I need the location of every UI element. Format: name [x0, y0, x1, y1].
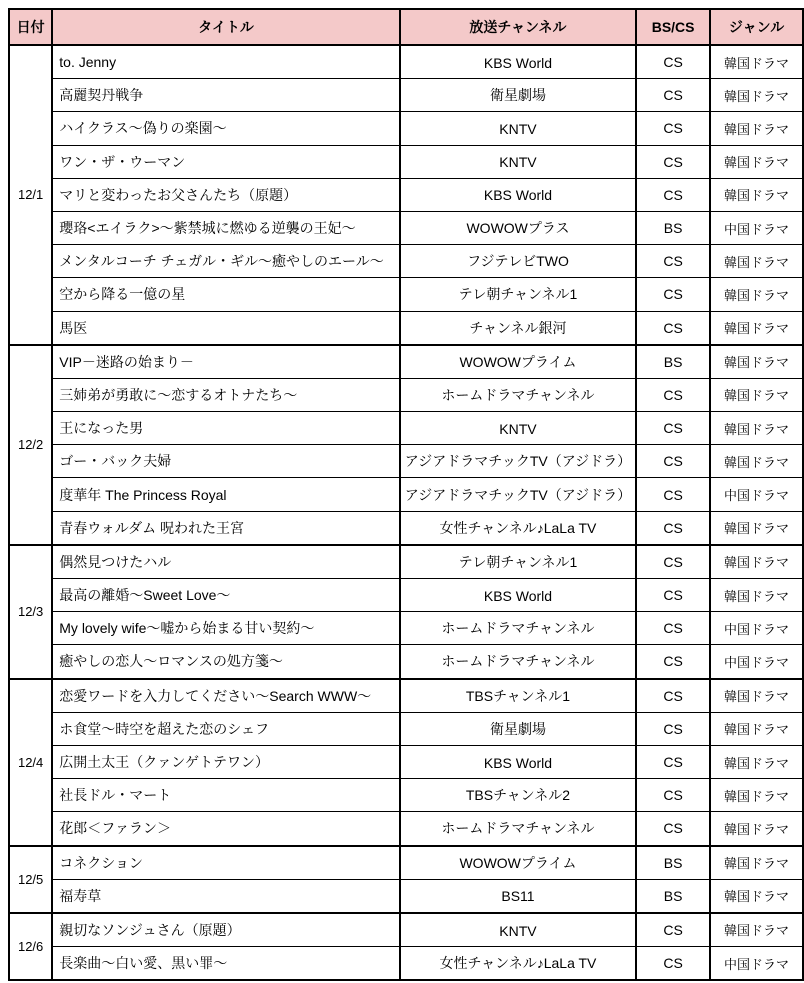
channel-cell: KBS World [400, 178, 636, 211]
title-cell: ワン・ザ・ウーマン [52, 145, 400, 178]
genre-cell: 韓国ドラマ [710, 545, 803, 579]
bscs-cell: BS [636, 211, 710, 244]
title-cell: 親切なソンジュさん（原題） [52, 913, 400, 947]
title-cell: 青春ウォルダム 呪われた王宮 [52, 511, 400, 545]
channel-name: KNTV [499, 421, 536, 437]
bscs-cell: CS [636, 145, 710, 178]
channel-name: ホームドラマチャンネル [441, 651, 594, 671]
table-row: 最高の離婚～Sweet Love～KBS WorldCS韓国ドラマ [9, 579, 803, 612]
channel-cell: KBS World [400, 579, 636, 612]
table-row: 馬医チャンネル銀河CS韓国ドラマ [9, 311, 803, 345]
channel-cell: KNTV [400, 913, 636, 947]
genre-cell: 中国ドラマ [710, 211, 803, 244]
channel-name: KNTV [499, 121, 536, 137]
channel-name: 女性チャンネル♪LaLa TV [440, 953, 597, 973]
page: 日付 タイトル 放送チャンネル BS/CS ジャンル 12/1to. Jenny… [8, 8, 804, 981]
title-cell: 馬医 [52, 311, 400, 345]
bscs-cell: CS [636, 745, 710, 778]
genre-cell: 韓国ドラマ [710, 511, 803, 545]
title-cell: 恋愛ワードを入力してください～Search WWW～ [52, 679, 400, 713]
table-row: 社長ドル・マートTBSチャンネル2CS韓国ドラマ [9, 779, 803, 812]
channel-cell: KNTV [400, 112, 636, 145]
genre-cell: 韓国ドラマ [710, 79, 803, 112]
title-cell: 三姉弟が勇敢に～恋するオトナたち～ [52, 378, 400, 411]
bscs-cell: CS [636, 679, 710, 713]
title-cell: 高麗契丹戦争 [52, 79, 400, 112]
table-body: 12/1to. JennyKBS WorldCS韓国ドラマ高麗契丹戦争衛星劇場C… [9, 45, 803, 980]
table-row: 福寿草BS11BS韓国ドラマ [9, 879, 803, 913]
bscs-cell: CS [636, 445, 710, 478]
bscs-cell: CS [636, 412, 710, 445]
table-row: ワン・ザ・ウーマンKNTVCS韓国ドラマ [9, 145, 803, 178]
channel-cell: WOWOWプライム [400, 345, 636, 379]
date-cell: 12/4 [9, 679, 52, 846]
channel-cell: チャンネル銀河 [400, 311, 636, 345]
bscs-cell: CS [636, 178, 710, 211]
bscs-cell: BS [636, 879, 710, 913]
table-row: 癒やしの恋人～ロマンスの処方箋～ホームドラマチャンネルCS中国ドラマ [9, 645, 803, 679]
table-row: ハイクラス～偽りの楽園～KNTVCS韓国ドラマ [9, 112, 803, 145]
channel-name: KNTV [499, 923, 536, 939]
date-cell: 12/6 [9, 913, 52, 980]
channel-name: WOWOWプラス [466, 218, 569, 238]
table-row: 12/4恋愛ワードを入力してください～Search WWW～TBSチャンネル1C… [9, 679, 803, 713]
title-cell: 偶然見つけたハル [52, 545, 400, 579]
channel-cell: フジテレビTWO [400, 245, 636, 278]
table-row: 12/3偶然見つけたハルテレ朝チャンネル1CS韓国ドラマ [9, 545, 803, 579]
title-cell: 花郎＜ファラン＞ [52, 812, 400, 846]
title-cell: to. Jenny [52, 45, 400, 79]
title-cell: VIP－迷路の始まり－ [52, 345, 400, 379]
table-row: 王になった男KNTVCS韓国ドラマ [9, 412, 803, 445]
genre-cell: 韓国ドラマ [710, 445, 803, 478]
title-cell: 最高の離婚～Sweet Love～ [52, 579, 400, 612]
genre-cell: 韓国ドラマ [710, 345, 803, 379]
genre-cell: 韓国ドラマ [710, 311, 803, 345]
date-cell: 12/1 [9, 45, 52, 345]
channel-name: 衛星劇場 [490, 85, 546, 105]
genre-cell: 韓国ドラマ [710, 745, 803, 778]
channel-name: フジテレビTWO [467, 251, 569, 271]
bscs-cell: BS [636, 345, 710, 379]
header-date: 日付 [9, 9, 52, 45]
bscs-cell: BS [636, 846, 710, 880]
bscs-cell: CS [636, 812, 710, 846]
table-row: 青春ウォルダム 呪われた王宮女性チャンネル♪LaLa TVCS韓国ドラマ [9, 511, 803, 545]
genre-cell: 韓国ドラマ [710, 812, 803, 846]
channel-cell: WOWOWプライム [400, 846, 636, 880]
bscs-cell: CS [636, 579, 710, 612]
genre-cell: 韓国ドラマ [710, 679, 803, 713]
channel-cell: KBS World [400, 45, 636, 79]
genre-cell: 韓国ドラマ [710, 779, 803, 812]
channel-cell: TBSチャンネル2 [400, 779, 636, 812]
channel-name: TBSチャンネル2 [466, 785, 570, 805]
channel-cell: ホームドラマチャンネル [400, 378, 636, 411]
table-row: 長楽曲～白い愛、黒い罪～女性チャンネル♪LaLa TVCS中国ドラマ [9, 947, 803, 981]
channel-name: テレ朝チャンネル1 [459, 552, 578, 572]
bscs-cell: CS [636, 478, 710, 511]
title-cell: 社長ドル・マート [52, 779, 400, 812]
date-cell: 12/3 [9, 545, 52, 679]
channel-cell: 衛星劇場 [400, 712, 636, 745]
table-row: 12/2VIP－迷路の始まり－WOWOWプライムBS韓国ドラマ [9, 345, 803, 379]
genre-cell: 韓国ドラマ [710, 913, 803, 947]
date-cell: 12/2 [9, 345, 52, 545]
channel-name: ホームドラマチャンネル [441, 385, 594, 405]
table-row: 三姉弟が勇敢に～恋するオトナたち～ホームドラマチャンネルCS韓国ドラマ [9, 378, 803, 411]
channel-name: TBSチャンネル1 [466, 686, 570, 706]
bscs-cell: CS [636, 779, 710, 812]
channel-cell: アジアドラマチックTV（アジドラ） [400, 445, 636, 478]
channel-name: 衛星劇場 [490, 719, 546, 739]
header-row: 日付 タイトル 放送チャンネル BS/CS ジャンル [9, 9, 803, 45]
genre-cell: 中国ドラマ [710, 478, 803, 511]
channel-cell: 女性チャンネル♪LaLa TV [400, 511, 636, 545]
channel-cell: アジアドラマチックTV（アジドラ） [400, 478, 636, 511]
genre-cell: 韓国ドラマ [710, 278, 803, 311]
table-row: 広開土太王（クァンゲトテワン）KBS WorldCS韓国ドラマ [9, 745, 803, 778]
genre-cell: 韓国ドラマ [710, 112, 803, 145]
table-row: My lovely wife～嘘から始まる甘い契約～ホームドラマチャンネルCS中… [9, 612, 803, 645]
bscs-cell: CS [636, 947, 710, 981]
table-row: 花郎＜ファラン＞ホームドラマチャンネルCS韓国ドラマ [9, 812, 803, 846]
header-bscs: BS/CS [636, 9, 710, 45]
bscs-cell: CS [636, 245, 710, 278]
channel-cell: 衛星劇場 [400, 79, 636, 112]
channel-cell: ホームドラマチャンネル [400, 812, 636, 846]
table-row: 12/6親切なソンジュさん（原題）KNTVCS韓国ドラマ [9, 913, 803, 947]
table-row: 空から降る一億の星テレ朝チャンネル1CS韓国ドラマ [9, 278, 803, 311]
table-row: ホ食堂～時空を超えた恋のシェフ衛星劇場CS韓国ドラマ [9, 712, 803, 745]
title-cell: 空から降る一億の星 [52, 278, 400, 311]
drama-schedule-table: 日付 タイトル 放送チャンネル BS/CS ジャンル 12/1to. Jenny… [8, 8, 804, 981]
bscs-cell: CS [636, 378, 710, 411]
table-row: 度華年 The Princess RoyalアジアドラマチックTV（アジドラ）C… [9, 478, 803, 511]
table-row: メンタルコーチ チェガル・ギル～癒やしのエール～フジテレビTWOCS韓国ドラマ [9, 245, 803, 278]
title-cell: コネクション [52, 846, 400, 880]
header-title: タイトル [52, 9, 400, 45]
genre-cell: 韓国ドラマ [710, 145, 803, 178]
genre-cell: 中国ドラマ [710, 612, 803, 645]
genre-cell: 韓国ドラマ [710, 412, 803, 445]
channel-name: KBS World [484, 588, 552, 604]
channel-name: WOWOWプライム [459, 853, 576, 873]
bscs-cell: CS [636, 278, 710, 311]
bscs-cell: CS [636, 712, 710, 745]
bscs-cell: CS [636, 545, 710, 579]
table-row: 12/1to. JennyKBS WorldCS韓国ドラマ [9, 45, 803, 79]
title-cell: 癒やしの恋人～ロマンスの処方箋～ [52, 645, 400, 679]
genre-cell: 韓国ドラマ [710, 846, 803, 880]
genre-cell: 韓国ドラマ [710, 579, 803, 612]
channel-cell: WOWOWプラス [400, 211, 636, 244]
channel-cell: テレ朝チャンネル1 [400, 278, 636, 311]
title-cell: ハイクラス～偽りの楽園～ [52, 112, 400, 145]
table-row: ゴー・バック夫婦アジアドラマチックTV（アジドラ）CS韓国ドラマ [9, 445, 803, 478]
title-cell: 広開土太王（クァンゲトテワン） [52, 745, 400, 778]
title-cell: 福寿草 [52, 879, 400, 913]
bscs-cell: CS [636, 311, 710, 345]
genre-cell: 韓国ドラマ [710, 178, 803, 211]
channel-name: KNTV [499, 154, 536, 170]
channel-name: テレ朝チャンネル1 [459, 284, 578, 304]
table-row: 瓔珞<エイラク>～紫禁城に燃ゆる逆襲の王妃～WOWOWプラスBS中国ドラマ [9, 211, 803, 244]
channel-name: KBS World [484, 55, 552, 71]
channel-name: ホームドラマチャンネル [441, 618, 594, 638]
channel-cell: TBSチャンネル1 [400, 679, 636, 713]
bscs-cell: CS [636, 645, 710, 679]
genre-cell: 韓国ドラマ [710, 879, 803, 913]
bscs-cell: CS [636, 45, 710, 79]
genre-cell: 韓国ドラマ [710, 712, 803, 745]
title-cell: ホ食堂～時空を超えた恋のシェフ [52, 712, 400, 745]
genre-cell: 韓国ドラマ [710, 245, 803, 278]
channel-name: アジアドラマチックTV（アジドラ） [405, 451, 631, 471]
title-cell: マリと変わったお父さんたち（原題） [52, 178, 400, 211]
channel-cell: テレ朝チャンネル1 [400, 545, 636, 579]
channel-name: チャンネル銀河 [469, 318, 566, 338]
header-channel: 放送チャンネル [400, 9, 636, 45]
channel-name: アジアドラマチックTV（アジドラ） [405, 485, 631, 505]
channel-cell: ホームドラマチャンネル [400, 645, 636, 679]
genre-cell: 中国ドラマ [710, 947, 803, 981]
bscs-cell: CS [636, 913, 710, 947]
bscs-cell: CS [636, 79, 710, 112]
bscs-cell: CS [636, 511, 710, 545]
title-cell: ゴー・バック夫婦 [52, 445, 400, 478]
channel-cell: KNTV [400, 145, 636, 178]
channel-cell: ホームドラマチャンネル [400, 612, 636, 645]
title-cell: My lovely wife～嘘から始まる甘い契約～ [52, 612, 400, 645]
title-cell: 王になった男 [52, 412, 400, 445]
title-cell: メンタルコーチ チェガル・ギル～癒やしのエール～ [52, 245, 400, 278]
channel-name: WOWOWプライム [459, 352, 576, 372]
title-cell: 瓔珞<エイラク>～紫禁城に燃ゆる逆襲の王妃～ [52, 211, 400, 244]
title-cell: 度華年 The Princess Royal [52, 478, 400, 511]
date-cell: 12/5 [9, 846, 52, 913]
table-row: マリと変わったお父さんたち（原題）KBS WorldCS韓国ドラマ [9, 178, 803, 211]
channel-cell: 女性チャンネル♪LaLa TV [400, 947, 636, 981]
genre-cell: 韓国ドラマ [710, 378, 803, 411]
bscs-cell: CS [636, 612, 710, 645]
channel-name: ホームドラマチャンネル [441, 818, 594, 838]
title-cell: 長楽曲～白い愛、黒い罪～ [52, 947, 400, 981]
channel-name: 女性チャンネル♪LaLa TV [440, 518, 597, 538]
channel-cell: BS11 [400, 879, 636, 913]
channel-name: BS11 [501, 888, 534, 904]
channel-cell: KBS World [400, 745, 636, 778]
genre-cell: 韓国ドラマ [710, 45, 803, 79]
genre-cell: 中国ドラマ [710, 645, 803, 679]
table-row: 12/5コネクションWOWOWプライムBS韓国ドラマ [9, 846, 803, 880]
table-row: 高麗契丹戦争衛星劇場CS韓国ドラマ [9, 79, 803, 112]
header-genre: ジャンル [710, 9, 803, 45]
channel-name: KBS World [484, 755, 552, 771]
channel-cell: KNTV [400, 412, 636, 445]
bscs-cell: CS [636, 112, 710, 145]
channel-name: KBS World [484, 187, 552, 203]
